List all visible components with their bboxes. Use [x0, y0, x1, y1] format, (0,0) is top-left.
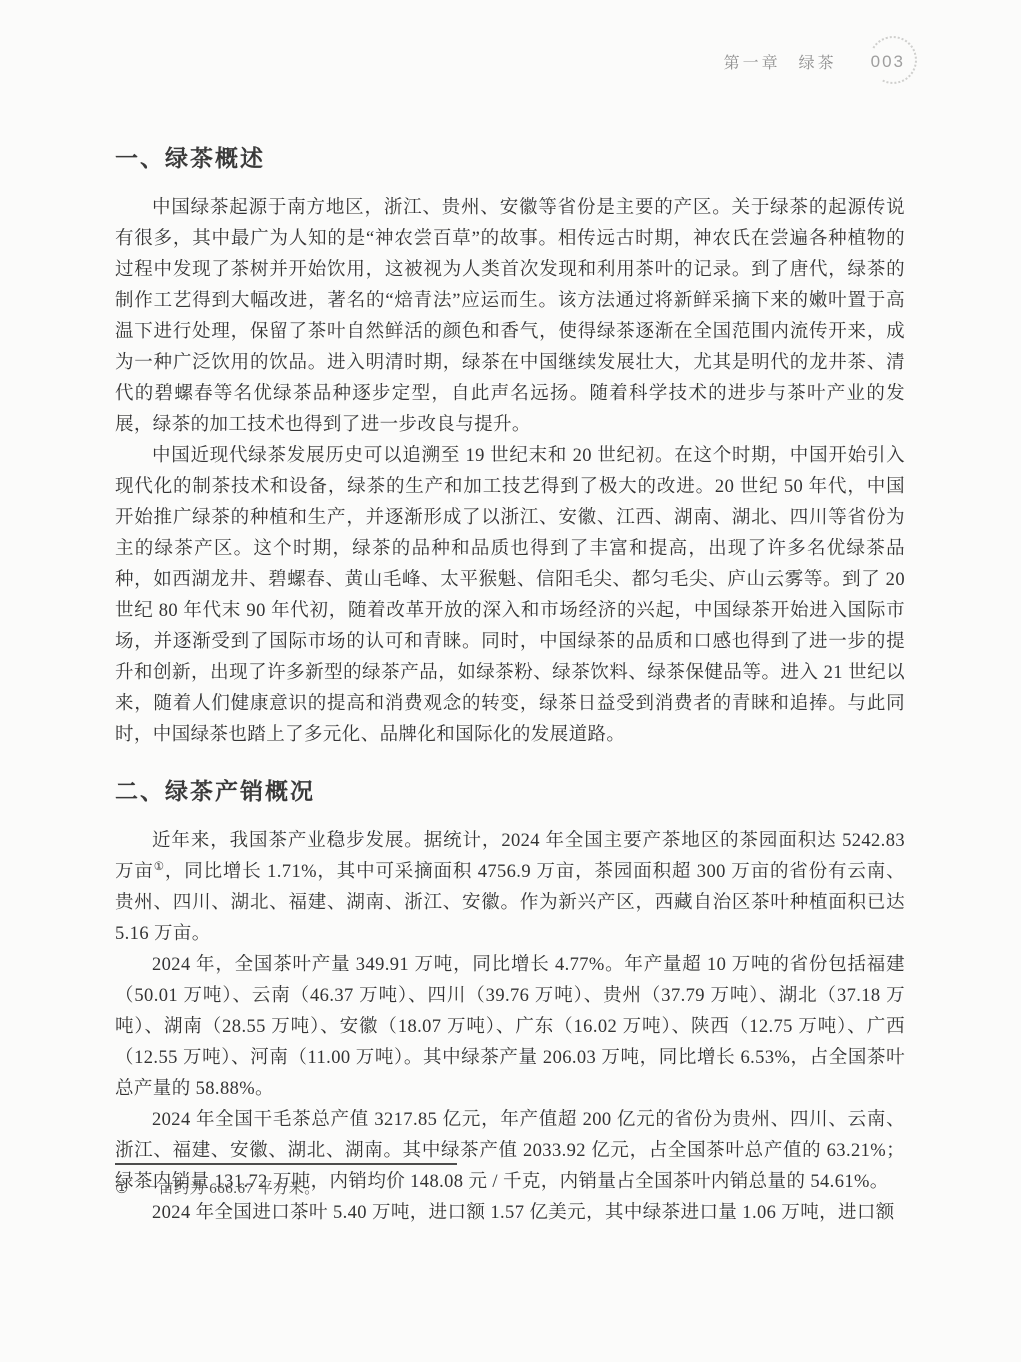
paragraph: 中国绿茶起源于南方地区，浙江、贵州、安徽等省份是主要的产区。关于绿茶的起源传说有…: [115, 193, 905, 441]
sections: 一、绿茶概述中国绿茶起源于南方地区，浙江、贵州、安徽等省份是主要的产区。关于绿茶…: [115, 140, 905, 1229]
chapter-label: 第一章: [724, 50, 781, 73]
page-number: 003: [871, 52, 905, 71]
footnote: ①一亩约为 666.67 平方米。: [115, 1163, 905, 1198]
footnote-divider: [115, 1163, 457, 1165]
footnote-ref: ①: [154, 861, 165, 873]
section-heading: 一、绿茶概述: [115, 140, 905, 173]
paragraph: 2024 年全国进口茶叶 5.40 万吨，进口额 1.57 亿美元，其中绿茶进口…: [115, 1198, 905, 1229]
page-number-ornament: 003: [871, 52, 905, 72]
footnote-marker: ①: [115, 1181, 129, 1197]
paragraph: 中国近现代绿茶发展历史可以追溯至 19 世纪末和 20 世纪初。在这个时期，中国…: [115, 441, 905, 751]
running-header: 第一章 绿茶 003: [0, 50, 905, 73]
paragraph: 近年来，我国茶产业稳步发展。据统计，2024 年全国主要产茶地区的茶园面积达 5…: [115, 826, 905, 950]
section-label: 绿茶: [799, 50, 837, 73]
footnote-text-line: ①一亩约为 666.67 平方米。: [115, 1177, 905, 1198]
book-page: 第一章 绿茶 003 一、绿茶概述中国绿茶起源于南方地区，浙江、贵州、安徽等省份…: [0, 0, 1021, 1362]
paragraph: 2024 年，全国茶叶产量 349.91 万吨，同比增长 4.77%。年产量超 …: [115, 950, 905, 1105]
footnote-text: 一亩约为 666.67 平方米。: [143, 1181, 320, 1197]
section-heading: 二、绿茶产销概况: [115, 773, 905, 806]
